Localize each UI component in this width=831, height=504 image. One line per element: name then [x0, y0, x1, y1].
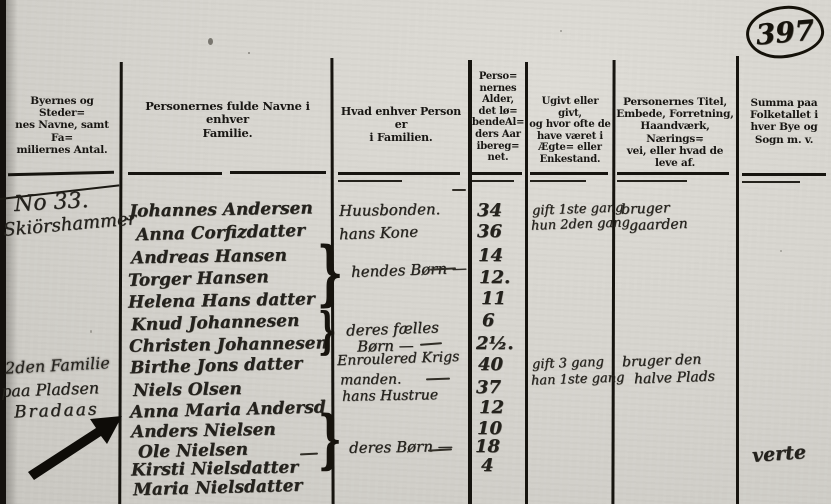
paper-stain	[700, 140, 702, 142]
header-line: nes Navne, samt Fa=	[6, 119, 118, 143]
person-name: Helena Hans datter	[128, 289, 315, 312]
person-name: Maria Nielsdatter	[133, 476, 303, 500]
header-line: Summa paa	[740, 97, 828, 109]
role-head: Huusbonden.	[339, 200, 441, 220]
person-name: Anders Nielsen	[131, 420, 276, 443]
header-rule	[338, 180, 402, 182]
census-page-scan: 397 Byernes og Steder= nes Navne, samt F…	[0, 0, 831, 504]
brace-their-children: }	[318, 306, 337, 356]
header-line: og hvor ofte de	[529, 119, 611, 131]
person-age: 12	[479, 397, 504, 418]
person-age: 36	[477, 221, 502, 242]
role-her-children: hendes Børn —	[351, 259, 467, 281]
header-line: Personernes fulde Navne i enhver	[126, 100, 329, 127]
header-rule	[617, 172, 729, 175]
header-line: Enkestand.	[529, 154, 611, 166]
header-rule	[742, 181, 800, 183]
header-line: Familie.	[126, 127, 329, 140]
header-rule	[230, 171, 326, 174]
header-line: Personernes Titel,	[615, 96, 735, 108]
person-age: 11	[481, 288, 506, 309]
role-family2-head: manden.	[340, 371, 402, 388]
header-line: hver Bye og	[740, 121, 828, 133]
header-rule	[472, 180, 514, 182]
marital-status: gift 3 gang	[532, 355, 604, 372]
header-rule	[617, 180, 687, 182]
role-wife: hans Kone	[339, 223, 419, 244]
header-col7: Summa paa Folketallet i hver Bye og Sogn…	[740, 97, 828, 146]
paper-stain	[780, 250, 782, 252]
occupation: halve Plads	[634, 369, 715, 388]
person-name: Torger Hansen	[128, 267, 269, 291]
marital-status: han 1ste gang	[531, 370, 625, 388]
scan-edge-shadow	[6, 0, 18, 504]
ink-dash	[452, 189, 466, 191]
header-col6: Personernes Titel, Embede, Forretning, H…	[615, 96, 735, 169]
header-rule	[530, 172, 608, 175]
brace-her-children: }	[317, 238, 343, 308]
ink-dash	[420, 342, 442, 346]
annotation-arrow-icon	[20, 408, 132, 494]
verte-note: verte	[751, 441, 806, 467]
person-age: 4	[481, 455, 494, 476]
header-line: leve af.	[615, 157, 735, 169]
person-age: 18	[475, 436, 500, 457]
role-family2-head: Enroulered Krigs	[337, 349, 460, 369]
header-rule	[472, 172, 522, 175]
header-line: Perso=	[472, 71, 524, 83]
header-rule	[530, 180, 586, 182]
person-age: 2½.	[476, 333, 514, 354]
person-age: 37	[476, 377, 501, 398]
person-name: Andreas Hansen	[131, 246, 287, 269]
page-number: 397	[754, 13, 815, 51]
person-name: Johannes Andersen	[129, 198, 313, 221]
person-age: 12.	[479, 267, 510, 288]
person-age: 40	[478, 354, 503, 375]
header-line: miliernes Antal.	[6, 144, 118, 156]
header-rule	[8, 171, 114, 177]
paper-stain	[248, 52, 250, 54]
page-number-circle: 397	[744, 3, 826, 62]
header-rule	[742, 173, 826, 176]
column-rule	[525, 62, 528, 504]
header-rule	[128, 172, 222, 175]
header-col4: Perso= nernes Alder, det lø= bendeAl= de…	[472, 71, 524, 164]
header-line: ders Aar	[472, 129, 524, 141]
person-name: Birthe Jons datter	[130, 354, 303, 379]
family-note-line: paa Pladsen	[1, 378, 100, 400]
header-col3: Hvad enhver Person er i Familien.	[336, 106, 466, 144]
occupation: bruger	[621, 200, 670, 218]
header-line: nernes	[472, 83, 524, 95]
header-line: Sogn m. v.	[740, 134, 828, 146]
role-family2-wife: hans Hustrue	[342, 387, 438, 405]
header-rule	[338, 172, 460, 175]
marital-status: hun 2den gang	[531, 215, 630, 233]
person-name: Anna Corfizdatter	[136, 221, 306, 245]
occupation: gaarden	[629, 216, 688, 234]
header-line: Haandværk, Nærings=	[615, 120, 735, 144]
header-line: Byernes og Steder=	[6, 95, 118, 119]
person-age: 6	[482, 310, 495, 331]
header-line: ibereg=	[472, 141, 524, 153]
header-line: i Familien.	[336, 132, 466, 145]
header-line: Embede, Forretning,	[615, 108, 735, 120]
header-line: det lø=	[472, 106, 524, 118]
role-family2-children: deres Børn —	[349, 437, 453, 457]
family-note-line: 2den Familie	[5, 353, 111, 377]
header-line: have været i	[529, 131, 611, 143]
header-line: vei, eller hvad de	[615, 145, 735, 157]
header-line: bendeAl=	[472, 117, 524, 129]
header-line: Folketallet i	[740, 109, 828, 121]
paper-stain	[208, 38, 213, 45]
person-age: 14	[478, 245, 503, 266]
brace-family2-children: }	[318, 408, 342, 472]
person-name: Anna Maria Andersd	[130, 397, 326, 422]
paper-stain	[560, 30, 562, 32]
header-line: Alder,	[472, 94, 524, 106]
header-line: Ugivt eller givt,	[529, 96, 611, 119]
header-line: Hvad enhver Person er	[336, 106, 466, 132]
person-name: Niels Olsen	[133, 379, 242, 401]
header-col2: Personernes fulde Navne i enhver Familie…	[126, 100, 329, 140]
ink-dash	[300, 453, 318, 456]
header-line: net.	[472, 152, 524, 164]
person-name: Knud Johannesen	[131, 311, 300, 335]
person-age: 34	[477, 200, 502, 221]
occupation: bruger den	[622, 352, 702, 371]
header-line: Ægte= eller	[529, 142, 611, 154]
header-col1: Byernes og Steder= nes Navne, samt Fa= m…	[6, 95, 118, 156]
header-col5: Ugivt eller givt, og hvor ofte de have v…	[529, 96, 611, 166]
paper-stain	[90, 330, 92, 333]
column-rule	[736, 56, 739, 504]
ink-dash	[426, 378, 450, 381]
